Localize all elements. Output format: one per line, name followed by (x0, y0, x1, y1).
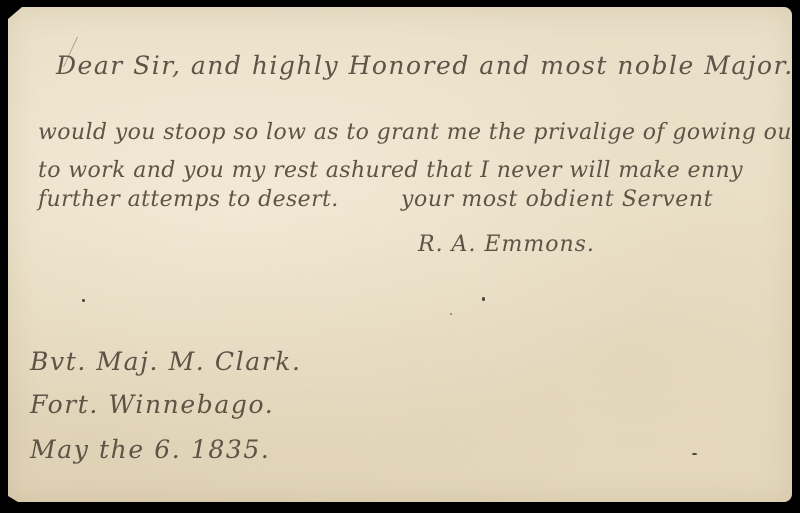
paper-speck (482, 297, 485, 301)
paper-speck (692, 453, 697, 455)
address-location: Fort. Winnebago. (30, 390, 274, 419)
paper-speck (450, 313, 452, 315)
letter-salutation: Dear Sir, and highly Honored and most no… (56, 51, 794, 80)
paper-speck (82, 299, 85, 302)
letter-body-line-1: would you stoop so low as to grant me th… (38, 120, 800, 145)
address-recipient: Bvt. Maj. M. Clark. (30, 347, 302, 376)
letter-body-line-3: further attemps to desert. (38, 187, 339, 212)
letter-body-line-2: to work and you my rest ashured that I n… (38, 158, 743, 183)
letter-signature: R. A. Emmons. (418, 232, 595, 257)
letter-date: May the 6. 1835. (30, 435, 270, 464)
letter-closing: your most obdient Servent (401, 187, 713, 212)
document-viewer: Dear Sir, and highly Honored and most no… (0, 0, 800, 513)
letter-paper: Dear Sir, and highly Honored and most no… (8, 7, 792, 502)
